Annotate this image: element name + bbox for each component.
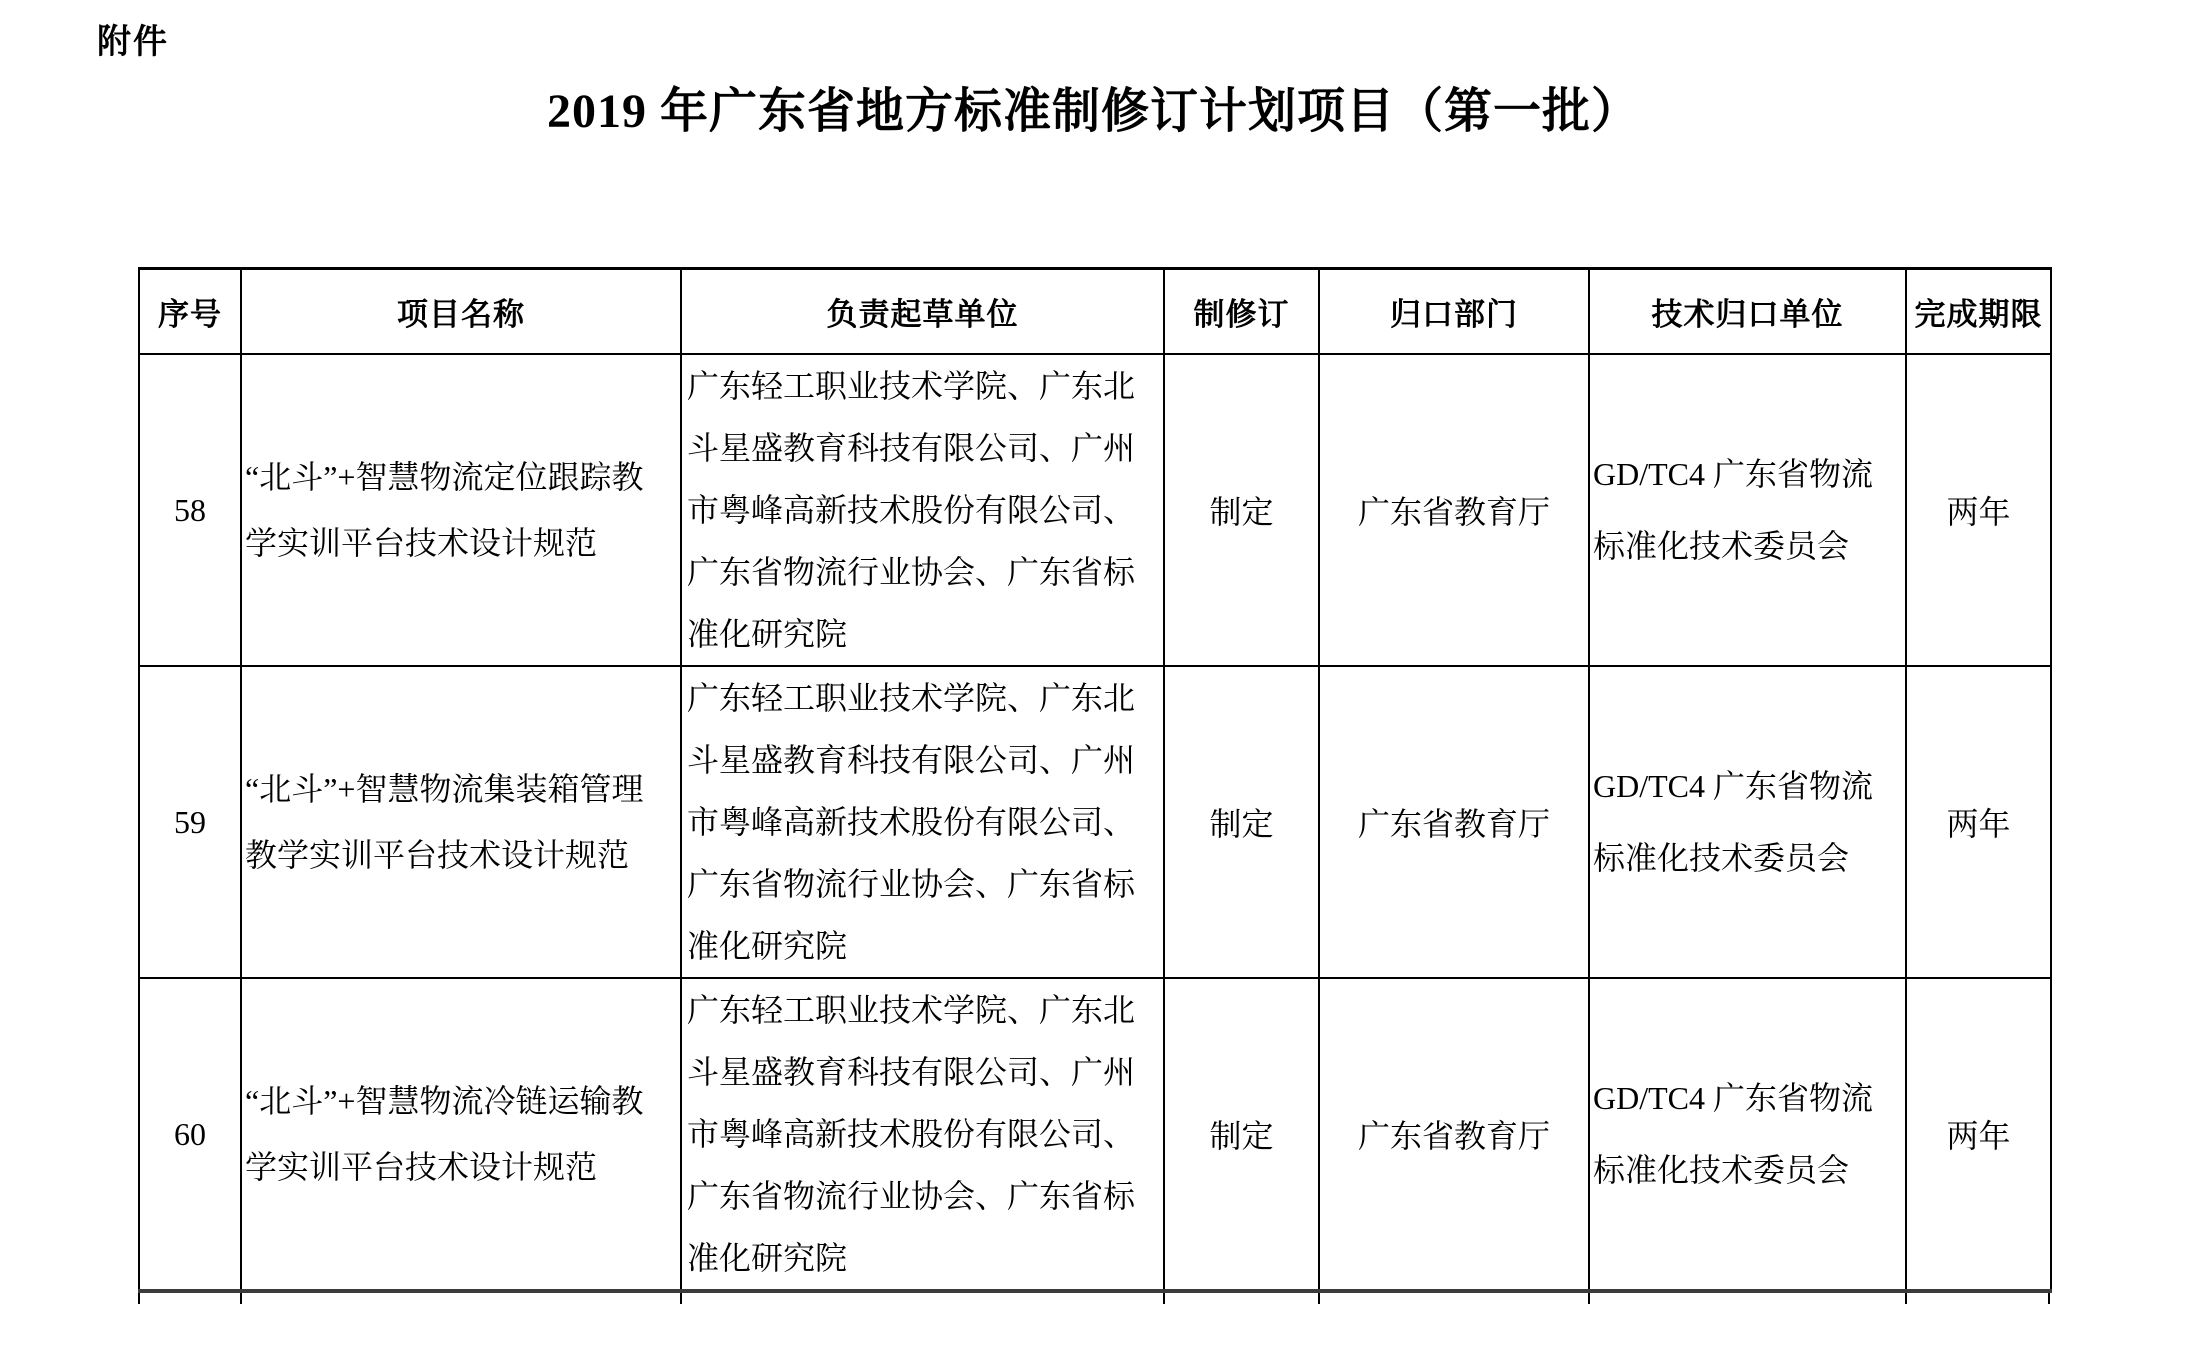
table-header-row: 序号 项目名称 负责起草单位 制修订 归口部门 技术归口单位 完成期限 xyxy=(139,269,2051,355)
technical-unit-cell: GD/TC4 广东省物流 标准化技术委员会 xyxy=(1589,354,1906,666)
technical-unit-cell: GD/TC4 广东省物流 标准化技术委员会 xyxy=(1589,978,1906,1291)
deadline-cell: 两年 xyxy=(1906,666,2051,978)
revision-type-cell: 制定 xyxy=(1164,354,1319,666)
project-name-cell: “北斗”+智慧物流冷链运输教 学实训平台技术设计规范 xyxy=(241,978,681,1291)
drafting-unit-cell: 广东轻工职业技术学院、广东北 斗星盛教育科技有限公司、广州 市粤峰高新技术股份有… xyxy=(681,666,1164,978)
technical-unit-cell: GD/TC4 广东省物流 标准化技术委员会 xyxy=(1589,666,1906,978)
partial-next-row xyxy=(138,1293,2050,1304)
page-title: 2019 年广东省地方标准制修订计划项目（第一批） xyxy=(0,72,2187,141)
header-drafting-unit: 负责起草单位 xyxy=(681,269,1164,355)
serial-number-cell: 59 xyxy=(139,666,241,978)
serial-number-cell: 60 xyxy=(139,978,241,1291)
serial-number-cell: 58 xyxy=(139,354,241,666)
header-deadline: 完成期限 xyxy=(1906,269,2051,355)
revision-type-cell: 制定 xyxy=(1164,978,1319,1291)
deadline-cell: 两年 xyxy=(1906,354,2051,666)
department-cell: 广东省教育厅 xyxy=(1319,978,1589,1291)
attachment-label: 附件 xyxy=(97,14,169,63)
header-revision-type: 制修订 xyxy=(1164,269,1319,355)
table-row-59: 59 “北斗”+智慧物流集装箱管理 教学实训平台技术设计规范 广东轻工职业技术学… xyxy=(139,666,2051,978)
department-cell: 广东省教育厅 xyxy=(1319,666,1589,978)
drafting-unit-cell: 广东轻工职业技术学院、广东北 斗星盛教育科技有限公司、广州 市粤峰高新技术股份有… xyxy=(681,978,1164,1291)
header-serial-number: 序号 xyxy=(139,269,241,355)
revision-type-cell: 制定 xyxy=(1164,666,1319,978)
project-name-cell: “北斗”+智慧物流定位跟踪教 学实训平台技术设计规范 xyxy=(241,354,681,666)
header-department: 归口部门 xyxy=(1319,269,1589,355)
table-row-58: 58 “北斗”+智慧物流定位跟踪教 学实训平台技术设计规范 广东轻工职业技术学院… xyxy=(139,354,2051,666)
deadline-cell: 两年 xyxy=(1906,978,2051,1291)
drafting-unit-cell: 广东轻工职业技术学院、广东北 斗星盛教育科技有限公司、广州 市粤峰高新技术股份有… xyxy=(681,354,1164,666)
department-cell: 广东省教育厅 xyxy=(1319,354,1589,666)
table-row-60: 60 “北斗”+智慧物流冷链运输教 学实训平台技术设计规范 广东轻工职业技术学院… xyxy=(139,978,2051,1291)
header-technical-unit: 技术归口单位 xyxy=(1589,269,1906,355)
standards-plan-table: 序号 项目名称 负责起草单位 制修订 归口部门 技术归口单位 完成期限 58 “… xyxy=(138,267,2052,1293)
project-name-cell: “北斗”+智慧物流集装箱管理 教学实训平台技术设计规范 xyxy=(241,666,681,978)
header-project-name: 项目名称 xyxy=(241,269,681,355)
